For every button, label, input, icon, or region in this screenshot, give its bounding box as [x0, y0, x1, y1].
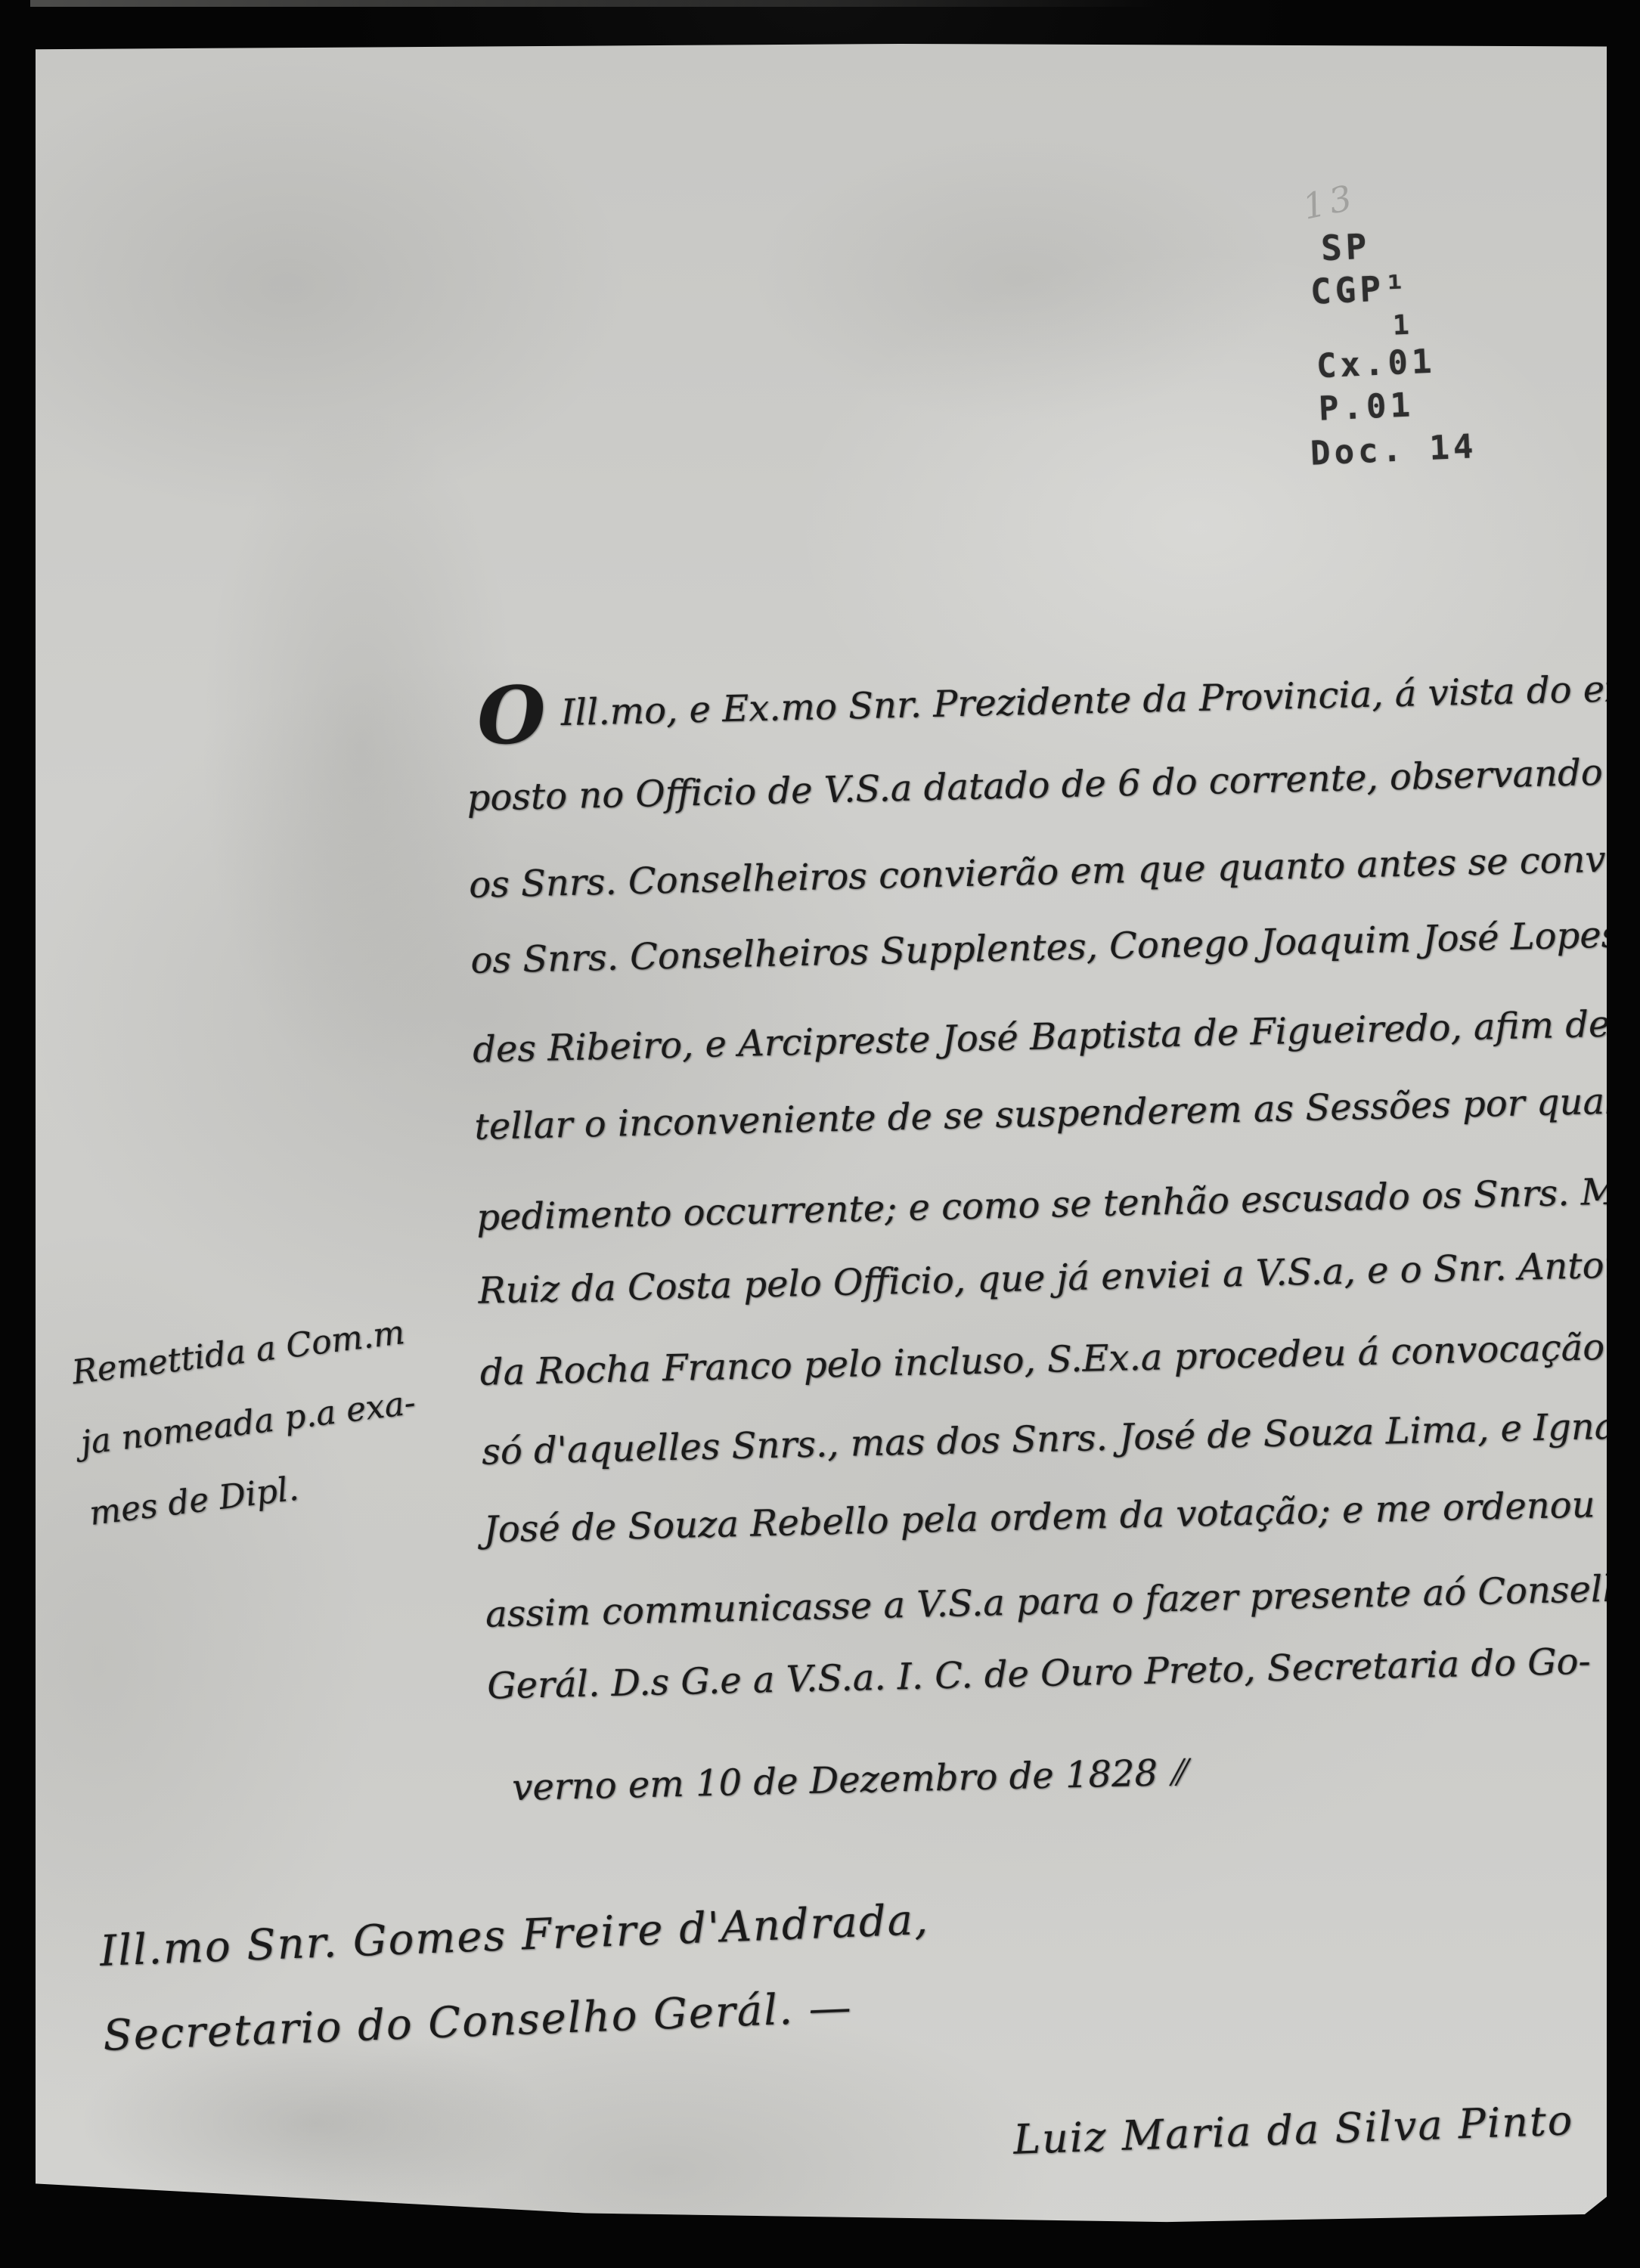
- body-line-dateline: verno em 10 de Dezembro de 1828 ⫽: [512, 1750, 1186, 1811]
- document-paper: 13 SP CGP¹ 1 Cx.01 P.01 Doc. 14 OIll.mo,…: [36, 44, 1607, 2236]
- body-line: tellar o inconveniente de se suspenderem…: [474, 1075, 1640, 1150]
- body-line: os Snrs. Conselheiros convierão em que q…: [469, 835, 1640, 908]
- stamp-line-collection: CGP¹: [1310, 267, 1410, 312]
- body-line: OIll.mo, e Ex.mo Snr. Prezidente da Prov…: [476, 666, 1637, 738]
- body-line: os Snrs. Conselheiros Supplentes, Conego…: [470, 909, 1640, 984]
- paper-stain: [754, 135, 1283, 422]
- opening-initial: O: [476, 668, 547, 763]
- body-line: posto no Officio de V.S.a datado de 6 do…: [467, 748, 1640, 821]
- body-line: pedimento occurrente; e como se tenhão e…: [476, 1167, 1640, 1241]
- signature: Luiz Maria da Silva Pinto: [1012, 2096, 1574, 2164]
- body-line: assim communicasse a V.S.a para o fazer …: [485, 1566, 1640, 1637]
- body-line: só d'aquelles Snrs., mas dos Snrs. José …: [482, 1402, 1640, 1475]
- stamp-line-folder: P.01: [1318, 386, 1415, 428]
- margin-note: Remettida a Com.m ja nomeada p.a exa- me…: [68, 1297, 428, 1550]
- pencil-scribble: 13: [1299, 176, 1359, 227]
- stamp-line-box: Cx.01: [1316, 342, 1437, 386]
- body-line: Gerál. D.s G.e a V.S.a. I. C. de Ouro Pr…: [487, 1639, 1592, 1709]
- addressee-block: Ill.mo Snr. Gomes Freire d'Andrada, Secr…: [98, 1878, 934, 2079]
- stamp-line-series: 1: [1392, 309, 1413, 341]
- body-line: Ruiz da Costa pelo Officio, que já envie…: [478, 1241, 1640, 1313]
- film-edge-streak: [30, 0, 1164, 7]
- body-line: da Rocha Franco pelo incluso, S.Ex.a pro…: [479, 1323, 1640, 1396]
- body-line: José de Souza Rebello pela ordem da vota…: [483, 1482, 1595, 1552]
- stamp-line-document-number: Doc. 14: [1310, 427, 1477, 473]
- scan-background: 13 SP CGP¹ 1 Cx.01 P.01 Doc. 14 OIll.mo,…: [0, 0, 1640, 2268]
- body-line: des Ribeiro, e Arcipreste José Baptista …: [473, 999, 1640, 1072]
- body-line-text: Ill.mo, e Ex.mo Snr. Prezidente da Provi…: [560, 668, 1637, 734]
- paper-stain: [202, 407, 519, 1087]
- letter-body: OIll.mo, e Ex.mo Snr. Prezidente da Prov…: [450, 18, 1599, 44]
- stamp-line-fund: SP: [1320, 226, 1372, 269]
